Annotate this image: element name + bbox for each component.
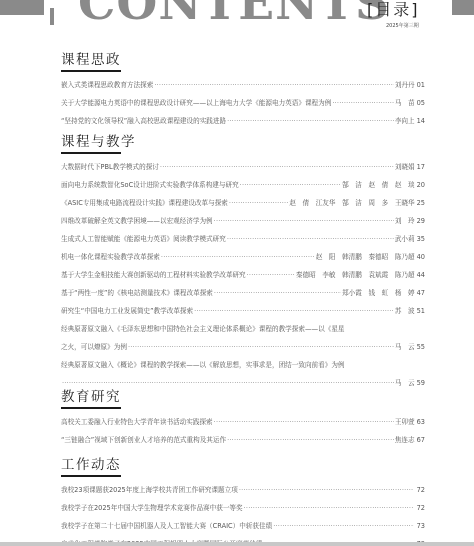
entry-title: 生成式人工智能赋能《能源电力英语》阅读教学模式研究 bbox=[61, 230, 226, 248]
entry-author: 李向上 bbox=[395, 112, 415, 130]
entry-page: 73 bbox=[417, 517, 425, 535]
entry-title: 基于“两性一度”的《核电站测量技术》课程改革探索 bbox=[61, 284, 213, 302]
toc-entry[interactable]: “坚持党的文化领导权”融入高校思政课程建设的实践进路 李向上 14 bbox=[61, 112, 425, 130]
toc-entry[interactable]: 高校关工委融入行业特色大学青年读书活动实践探索 王卯萱 63 bbox=[61, 413, 425, 431]
entry-page: 51 bbox=[417, 302, 425, 320]
entry-title: 经典原著原文融入《概论》课程的教学探索——以《解放思想，实事求是，团结一致向前看… bbox=[61, 356, 345, 374]
entry-page: 25 bbox=[417, 194, 425, 212]
toc-entry[interactable]: 嵌入式类课程思政教育方法探索 刘丹丹 01 bbox=[61, 76, 425, 94]
dot-leader bbox=[227, 230, 394, 248]
dot-leader bbox=[240, 176, 341, 194]
entry-title: 四维改革破解全英文教学困境——以宏观经济学为例 bbox=[61, 212, 213, 230]
page-bottom-edge bbox=[0, 542, 474, 546]
section-title: 课程与教学 bbox=[61, 134, 425, 151]
toc-entry[interactable]: 面向电力系统数智化SoC设计进阶式实验教学体系构建与研究 郜 洁 赵 倩 赵 琰… bbox=[61, 176, 425, 194]
entry-title: 我校学子在第二十七届中国机器人及人工智能大赛（CRAIC）中斩获佳绩 bbox=[61, 517, 272, 535]
entry-page: 29 bbox=[417, 212, 425, 230]
entry-page: 35 bbox=[417, 230, 425, 248]
header-corner-mark bbox=[50, 8, 54, 25]
dot-leader bbox=[229, 194, 288, 212]
entry-author: 刘晓娟 bbox=[395, 158, 415, 176]
entry-author: 刘丹丹 bbox=[395, 76, 415, 94]
entry-title: 我校23项课题获2025年度上海学校共青团工作研究课题立项 bbox=[61, 481, 238, 499]
dot-leader bbox=[161, 248, 315, 266]
entry-title: 基于大学生金相技能大赛创新驱动的工程材料实验教学改革研究 bbox=[61, 266, 246, 284]
entry-page: 40 bbox=[417, 248, 425, 266]
section-underline bbox=[61, 407, 121, 409]
entry-page: 17 bbox=[417, 158, 425, 176]
entry-author: 苏 波 bbox=[395, 302, 415, 320]
section-ideological: 课程思政 嵌入式类课程思政教育方法探索 刘丹丹 01 关于大学能源电力英语中的课… bbox=[61, 52, 425, 130]
section-title: 课程思政 bbox=[61, 52, 425, 69]
entry-author: 郜 洁 赵 倩 赵 琰 bbox=[342, 176, 415, 194]
entry-title: 关于大学能源电力英语中的课程思政设计研究——以上海电力大学《能源电力英语》课程为… bbox=[61, 94, 331, 112]
toc-entry[interactable]: 生成式人工智能赋能《能源电力英语》阅读教学模式研究 武小莉 35 bbox=[61, 230, 425, 248]
section-underline bbox=[61, 152, 121, 154]
entry-author: 王卯萱 bbox=[395, 413, 415, 431]
toc-entry[interactable]: 经典原著原文融入《概论》课程的教学探索——以《解放思想，实事求是，团结一致向前看… bbox=[61, 356, 425, 374]
dot-leader bbox=[160, 158, 394, 176]
header-bar-left bbox=[0, 0, 44, 15]
entry-title: 《ASIC专用集成电路流程设计实践》课程建设改革与探索 bbox=[61, 194, 228, 212]
dot-leader bbox=[247, 266, 295, 284]
dot-leader bbox=[128, 338, 394, 356]
section-curriculum-teaching: 课程与教学 大数据时代下PBL教学模式的探讨 刘晓娟 17 面向电力系统数智化S… bbox=[61, 134, 425, 392]
entry-author: 刘 玲 bbox=[395, 212, 415, 230]
contents-header: CONTENTS [目录] 2025年第三期 bbox=[0, 0, 474, 34]
section-title: 教育研究 bbox=[61, 389, 425, 406]
entry-title: 机电一体化课程实验教学改革探索 bbox=[61, 248, 160, 266]
section-underline bbox=[61, 475, 121, 477]
section-underline bbox=[61, 70, 121, 72]
entry-page: 44 bbox=[417, 266, 425, 284]
dot-leader bbox=[214, 284, 341, 302]
section-work-news: 工作动态 我校23项课题获2025年度上海学校共青团工作研究课题立项 72 我校… bbox=[61, 457, 425, 546]
entry-title: 大数据时代下PBL教学模式的探讨 bbox=[61, 158, 159, 176]
toc-entry[interactable]: 大数据时代下PBL教学模式的探讨 刘晓娟 17 bbox=[61, 158, 425, 176]
dot-leader bbox=[227, 431, 394, 449]
entry-author: 郑小霞 钱 虹 杨 婷 bbox=[342, 284, 415, 302]
contents-banner-word: CONTENTS bbox=[78, 0, 390, 27]
dot-leader bbox=[154, 76, 394, 94]
entry-title: 我校学子在2025年中国大学生物理学术竞赛作品赛中获一等奖 bbox=[61, 499, 243, 517]
entry-title: 高校关工委融入行业特色大学青年读书活动实践探索 bbox=[61, 413, 213, 431]
dot-leader bbox=[244, 499, 414, 517]
entry-title: 经典原著原文融入《毛泽东思想和中国特色社会主义理论体系概论》课程的教学探索——以… bbox=[61, 320, 345, 338]
toc-entry[interactable]: 基于大学生金相技能大赛创新驱动的工程材料实验教学改革研究 秦德昭 李敏 韩清鹏 … bbox=[61, 266, 425, 284]
dot-leader bbox=[332, 94, 393, 112]
entry-title: 嵌入式类课程思政教育方法探索 bbox=[61, 76, 153, 94]
toc-entry[interactable]: 我校学子在2025年中国大学生物理学术竞赛作品赛中获一等奖 72 bbox=[61, 499, 425, 517]
entry-page: 63 bbox=[417, 413, 425, 431]
entry-title: 面向电力系统数智化SoC设计进阶式实验教学体系构建与研究 bbox=[61, 176, 239, 194]
toc-entry[interactable]: 我校学子在第二十七届中国机器人及人工智能大赛（CRAIC）中斩获佳绩 73 bbox=[61, 517, 425, 535]
entry-page: 20 bbox=[417, 176, 425, 194]
toc-entry-continuation[interactable]: 之火，可以燎原》为例 马 云 55 bbox=[61, 338, 425, 356]
issue-label: 2025年第三期 bbox=[386, 22, 419, 29]
toc-entry[interactable]: 基于“两性一度”的《核电站测量技术》课程改革探索 郑小霞 钱 虹 杨 婷 47 bbox=[61, 284, 425, 302]
entry-page: 67 bbox=[417, 431, 425, 449]
contents-title: [目录] bbox=[367, 0, 420, 20]
entry-page: 01 bbox=[417, 76, 425, 94]
section-title: 工作动态 bbox=[61, 457, 425, 474]
entry-author: 马 云 bbox=[395, 338, 415, 356]
dot-leader bbox=[194, 302, 394, 320]
entry-author: 赵 倩 江友华 郜 洁 周 多 王晓华 bbox=[289, 194, 414, 212]
dot-leader bbox=[214, 413, 394, 431]
entry-page: 72 bbox=[417, 481, 425, 499]
toc-entry[interactable]: 四维改革破解全英文教学困境——以宏观经济学为例 刘 玲 29 bbox=[61, 212, 425, 230]
entry-author: 秦德昭 李敏 韩清鹏 袁斌霞 陈乃超 bbox=[296, 266, 415, 284]
dot-leader bbox=[273, 517, 413, 535]
toc-entry[interactable]: 关于大学能源电力英语中的课程思政设计研究——以上海电力大学《能源电力英语》课程为… bbox=[61, 94, 425, 112]
entry-title: “坚持党的文化领导权”融入高校思政课程建设的实践进路 bbox=[61, 112, 226, 130]
entry-author: 赵 阳 韩清鹏 秦德昭 陈乃超 bbox=[316, 248, 415, 266]
toc-entry[interactable]: 研究生“中国电力工业发展简史”教学改革探索 苏 波 51 bbox=[61, 302, 425, 320]
dot-leader bbox=[227, 112, 394, 130]
entry-page: 05 bbox=[417, 94, 425, 112]
entry-page: 14 bbox=[417, 112, 425, 130]
entry-author: 马 苗 bbox=[395, 94, 415, 112]
section-education-research: 教育研究 高校关工委融入行业特色大学青年读书活动实践探索 王卯萱 63 “三链融… bbox=[61, 389, 425, 449]
dot-leader bbox=[239, 481, 414, 499]
toc-entry[interactable]: 《ASIC专用集成电路流程设计实践》课程建设改革与探索 赵 倩 江友华 郜 洁 … bbox=[61, 194, 425, 212]
entry-page: 55 bbox=[417, 338, 425, 356]
entry-title: 研究生“中国电力工业发展简史”教学改革探索 bbox=[61, 302, 193, 320]
dot-leader bbox=[214, 212, 394, 230]
toc-entry[interactable]: 经典原著原文融入《毛泽东思想和中国特色社会主义理论体系概论》课程的教学探索——以… bbox=[61, 320, 425, 338]
toc-entry[interactable]: 我校23项课题获2025年度上海学校共青团工作研究课题立项 72 bbox=[61, 481, 425, 499]
entry-title: “三链融合”视域下创新创业人才培养的范式重构及其运作 bbox=[61, 431, 226, 449]
entry-author: 焦连志 bbox=[395, 431, 415, 449]
toc-entry[interactable]: “三链融合”视域下创新创业人才培养的范式重构及其运作 焦连志 67 bbox=[61, 431, 425, 449]
entry-author: 武小莉 bbox=[395, 230, 415, 248]
toc-entry[interactable]: 机电一体化课程实验教学改革探索 赵 阳 韩清鹏 秦德昭 陈乃超 40 bbox=[61, 248, 425, 266]
entry-page: 47 bbox=[417, 284, 425, 302]
entry-page: 72 bbox=[417, 499, 425, 517]
header-bar-right bbox=[452, 0, 474, 15]
entry-title: 之火，可以燎原》为例 bbox=[61, 338, 127, 356]
